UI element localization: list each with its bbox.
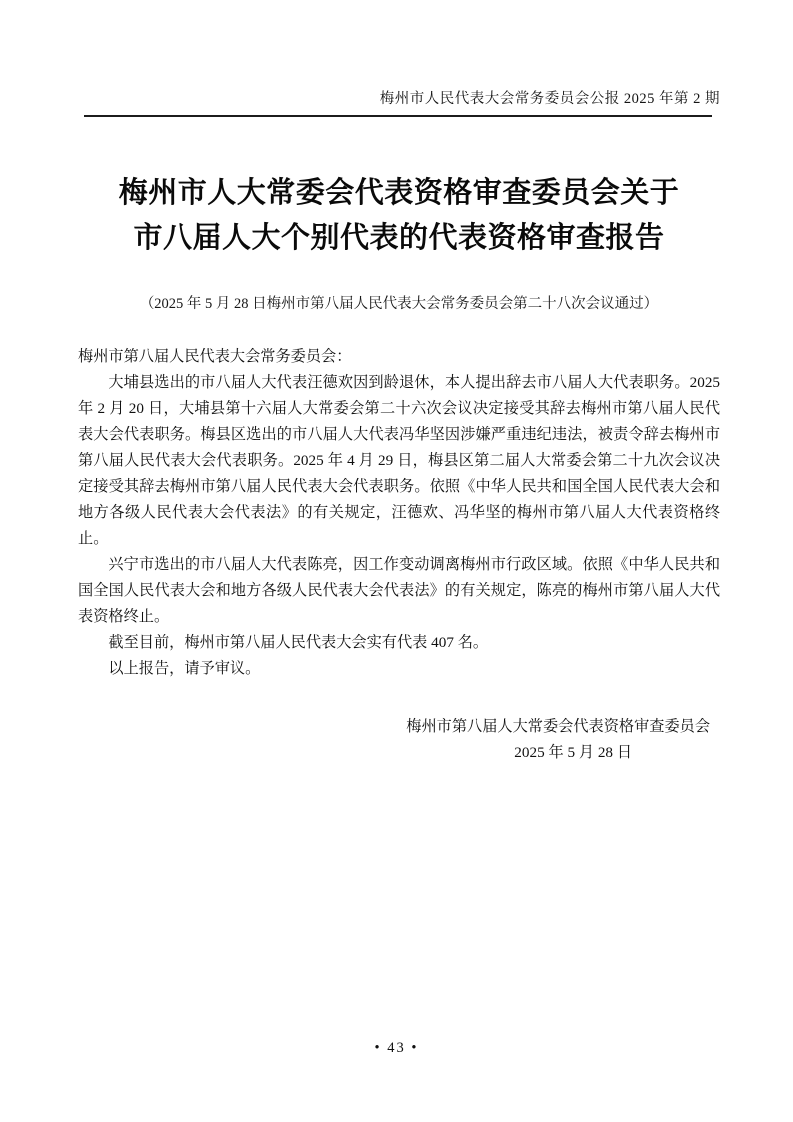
document-title-line-2: 市八届人大个别代表的代表资格审查报告 <box>78 216 720 261</box>
signature-block: 梅州市第八届人大常委会代表资格审查委员会 2025 年 5 月 28 日 <box>78 714 720 766</box>
body-paragraph-2: 兴宁市选出的市八届人大代表陈亮，因工作变动调离梅州市行政区域。依照《中华人民共和… <box>78 552 720 630</box>
meeting-adoption-note: （2025 年 5 月 28 日梅州市第八届人民代表大会常务委员会第二十八次会议… <box>78 294 720 314</box>
document-title: 梅州市人大常委会代表资格审查委员会关于 市八届人大个别代表的代表资格审查报告 <box>78 171 720 261</box>
body-paragraph-3: 截至目前，梅州市第八届人民代表大会实有代表 407 名。 <box>78 630 720 656</box>
document-body: 梅州市第八届人民代表大会常务委员会： 大埔县选出的市八届人大代表汪德欢因到龄退休… <box>78 344 720 682</box>
header-rule-divider <box>84 115 712 117</box>
journal-header: 梅州市人民代表大会常务委员会公报 2025 年第 2 期 <box>78 91 720 108</box>
body-paragraph-4: 以上报告，请予审议。 <box>78 656 720 682</box>
body-paragraph-1: 大埔县选出的市八届人大代表汪德欢因到龄退休，本人提出辞去市八届人大代表职务。20… <box>78 370 720 552</box>
signature-committee-name: 梅州市第八届人大常委会代表资格审查委员会 <box>78 714 720 740</box>
gazette-page: 梅州市人民代表大会常务委员会公报 2025 年第 2 期 梅州市人大常委会代表资… <box>0 0 793 1122</box>
page-number: • 43 • <box>0 1039 793 1057</box>
document-title-line-1: 梅州市人大常委会代表资格审查委员会关于 <box>78 171 720 216</box>
signature-date: 2025 年 5 月 28 日 <box>78 740 720 766</box>
salutation: 梅州市第八届人民代表大会常务委员会： <box>78 344 720 370</box>
